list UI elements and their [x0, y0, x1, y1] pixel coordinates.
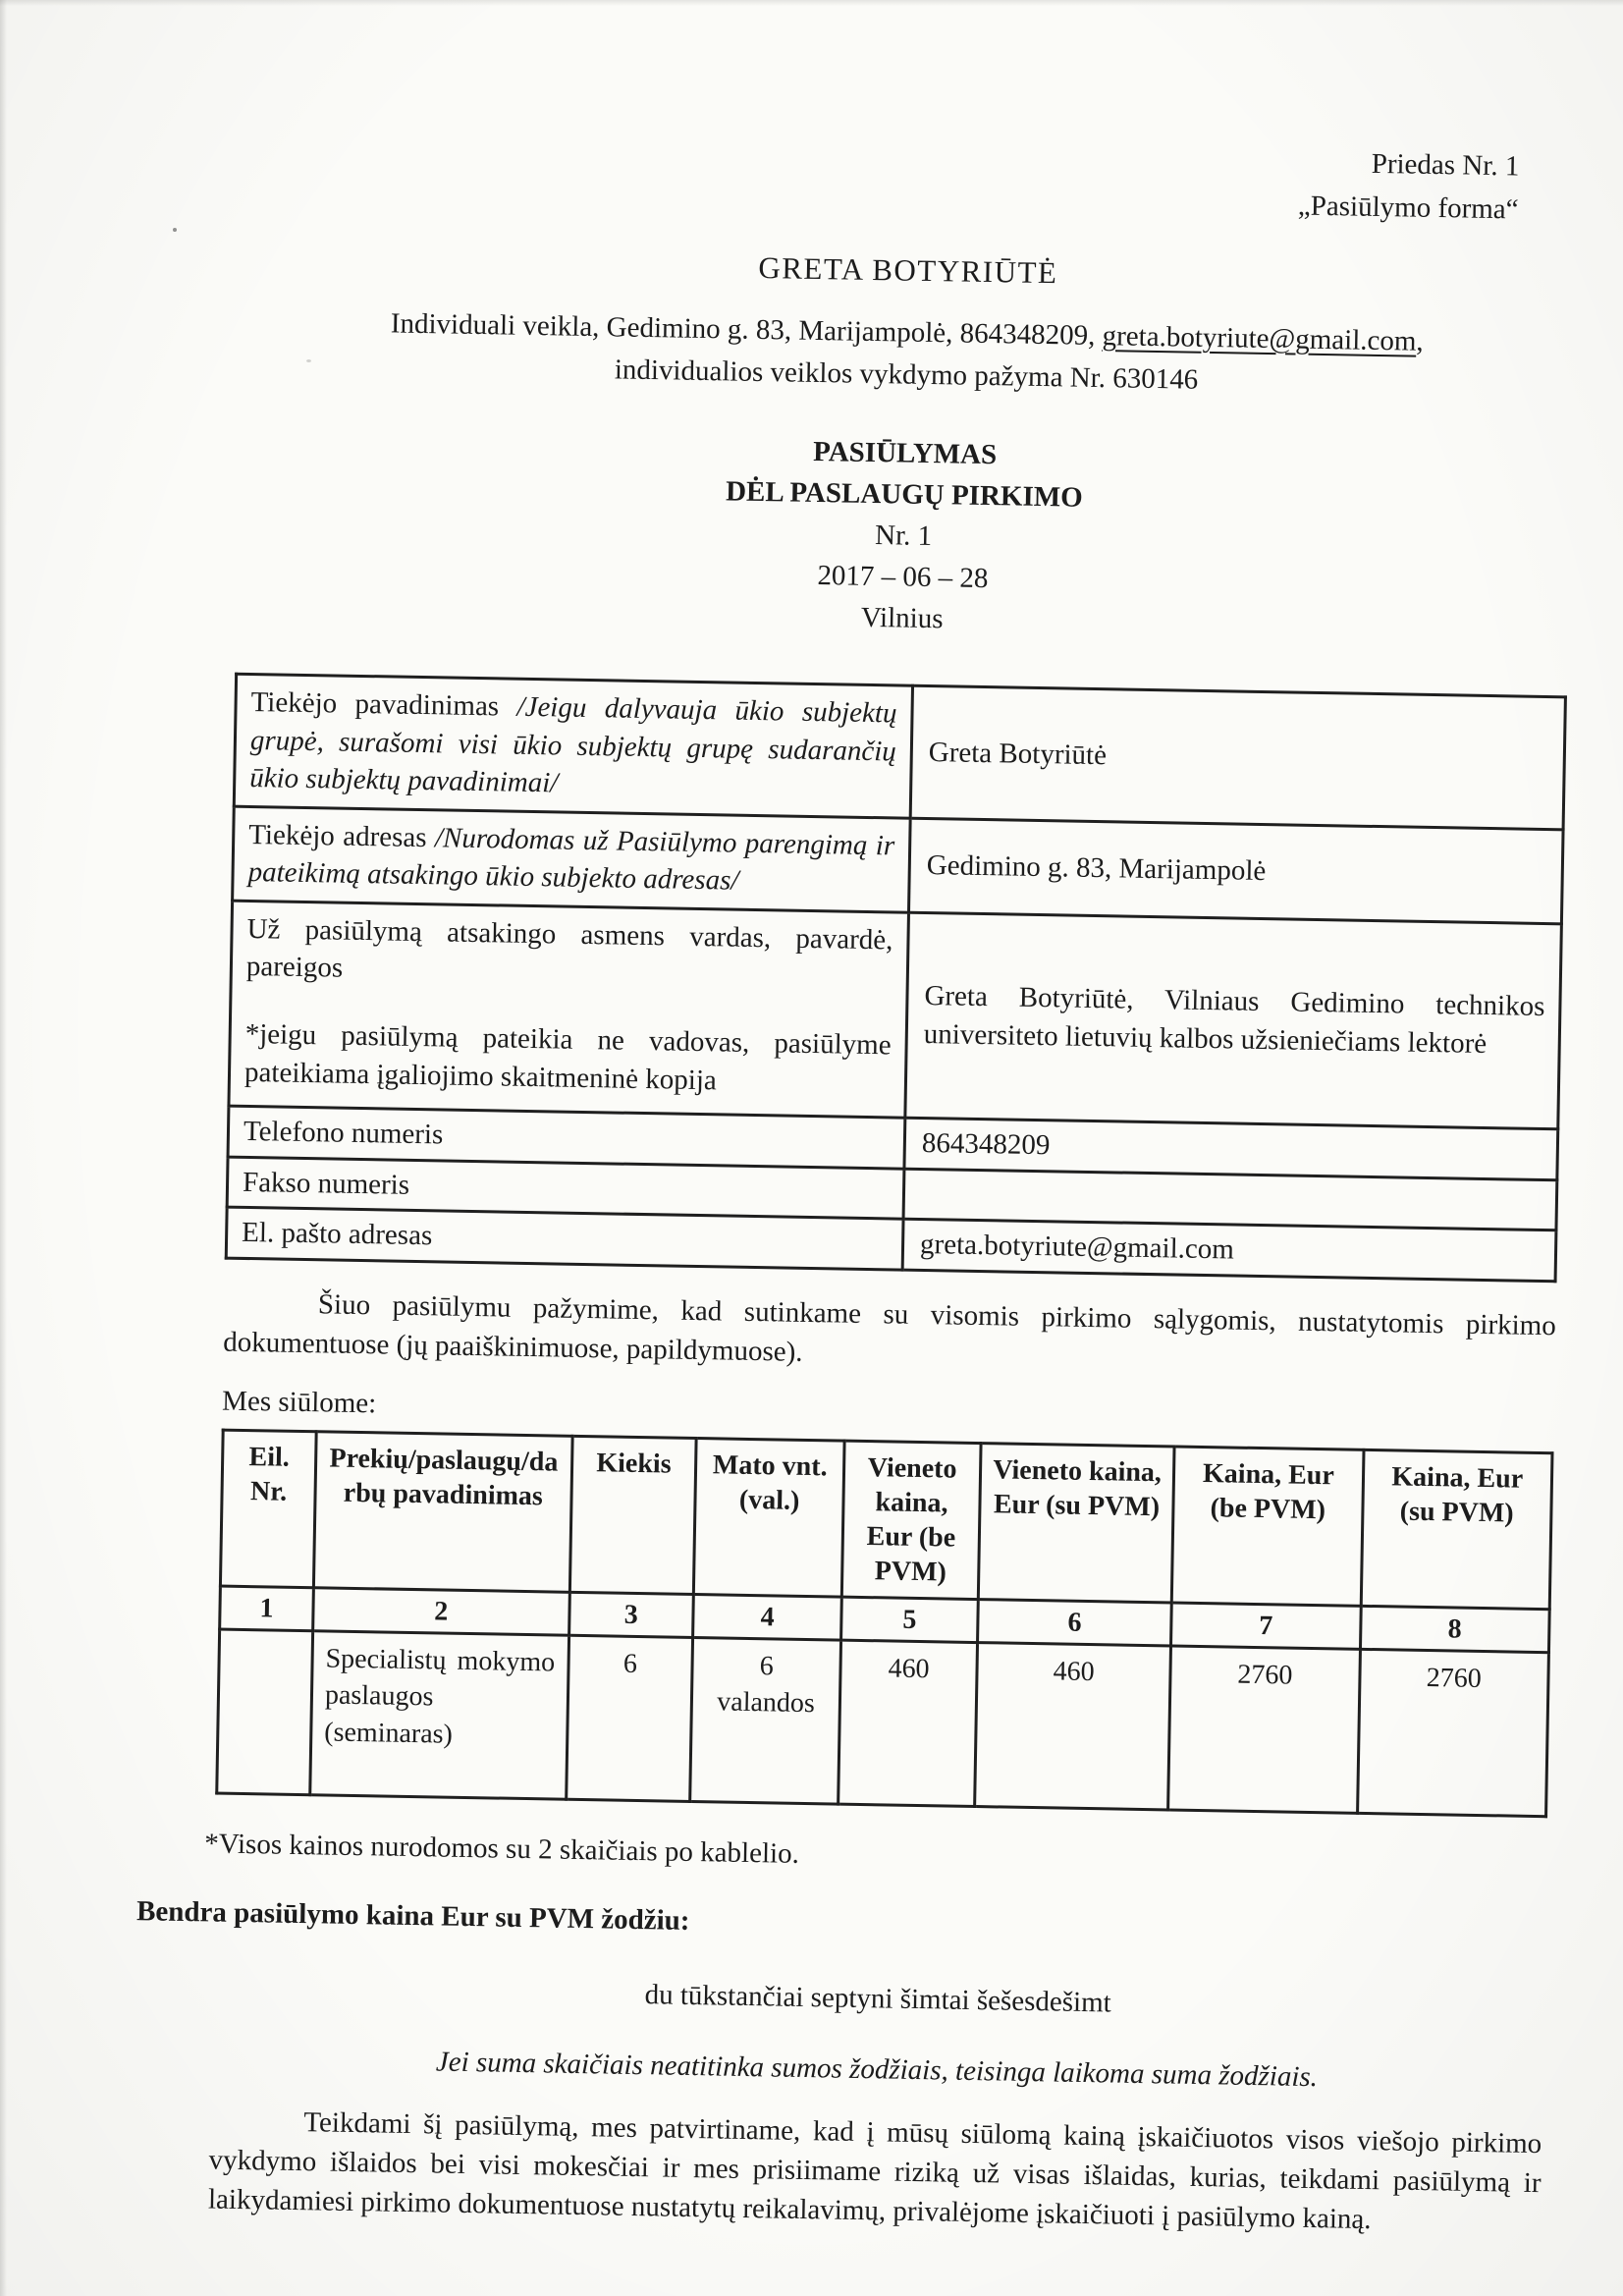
- offer-table-data-row: Specialistų mokymo paslaugos (seminaras)…: [217, 1629, 1549, 1816]
- cell-kaina-su-pvm: 2760: [1357, 1649, 1548, 1816]
- col-number: 5: [841, 1597, 979, 1643]
- supplier-name-value: Greta Botyriūtė: [910, 685, 1565, 829]
- total-price-in-words: du tūkstančiai septyni šimtai šešesdešim…: [211, 1967, 1543, 2030]
- col-header-kaina-be-pvm: Kaina, Eur (be PVM): [1171, 1447, 1363, 1606]
- scan-speck: [173, 228, 177, 232]
- col-number: 7: [1171, 1603, 1361, 1650]
- closing-paragraph: Teikdami šį pasiūlymą, mes patvirtiname,…: [208, 2101, 1542, 2242]
- annex-header: Priedas Nr. 1 „Pasiūlymo forma“: [243, 124, 1576, 233]
- supplier-name-label: Tiekėjo pavadinimas /Jeigu dalyvauja ūki…: [234, 674, 912, 818]
- offer-pricing-table: Eil. Nr. Prekių/paslaugų/darbų pavadinim…: [215, 1428, 1553, 1818]
- responsible-person-label: Už pasiūlymą atsakingo asmens vardas, pa…: [229, 901, 909, 1118]
- col-header-kiekis: Kiekis: [569, 1436, 696, 1594]
- col-number: 1: [220, 1586, 314, 1631]
- cell-mato-vnt: 6 valandos: [690, 1638, 841, 1804]
- cell-vieneto-kaina-be-pvm: 460: [839, 1640, 978, 1806]
- col-number: 2: [313, 1588, 569, 1636]
- prices-footnote: *Visos kainos nurodomos su 2 skaičiais p…: [204, 1824, 1546, 1886]
- document-content: Priedas Nr. 1 „Pasiūlymo forma“ GRETA BO…: [0, 0, 1623, 2282]
- label-text: Už pasiūlymą atsakingo asmens vardas, pa…: [246, 910, 893, 998]
- col-number: 4: [693, 1594, 842, 1640]
- org-name: GRETA BOTYRIŪTĖ: [242, 239, 1575, 303]
- col-header-kaina-su-pvm: Kaina, Eur (su PVM): [1361, 1449, 1552, 1609]
- scan-edge-shade-left: [0, 0, 7, 2296]
- scanned-document-page: Priedas Nr. 1 „Pasiūlymo forma“ GRETA BO…: [0, 0, 1623, 2296]
- scan-edge-shade-top: [0, 0, 1623, 6]
- label-text: Tiekėjo pavadinimas: [250, 686, 516, 723]
- col-number: 3: [568, 1592, 693, 1637]
- col-number: 6: [977, 1599, 1171, 1646]
- document-title-block: PASIŪLYMAS DĖL PASLAUGŲ PIRKIMO Nr. 1 20…: [236, 420, 1571, 650]
- col-header-eil-nr: Eil. Nr.: [220, 1430, 316, 1588]
- cell-pavadinimas: Specialistų mokymo paslaugos (seminaras): [310, 1631, 568, 1799]
- email-label: El. pašto adresas: [226, 1207, 903, 1270]
- email-value: greta.botyriute@gmail.com: [902, 1219, 1556, 1281]
- col-number: 8: [1360, 1606, 1549, 1653]
- responsible-person-value: Greta Botyriūtė, Vilniaus Gedimino techn…: [905, 912, 1562, 1129]
- supplier-info-table: Tiekėjo pavadinimas /Jeigu dalyvauja ūki…: [225, 673, 1567, 1283]
- col-header-mato-vnt: Mato vnt. (val.): [694, 1438, 845, 1597]
- scan-speck: [306, 359, 311, 362]
- agreement-paragraph: Šiuo pasiūlymu pažymime, kad sutinkame s…: [223, 1283, 1556, 1385]
- col-header-pavadinimas: Prekių/paslaugų/darbų pavadinimas: [313, 1432, 571, 1593]
- supplier-address-value: Gedimino g. 83, Marijampolė: [908, 818, 1563, 924]
- org-email: greta.botyriute@gmail.com: [1102, 320, 1416, 357]
- label-note-text: *jeigu pasiūlymą pateikia ne vadovas, pa…: [244, 1015, 892, 1103]
- org-details-post: ,: [1416, 325, 1424, 356]
- label-text: Tiekėjo adresas: [248, 819, 435, 853]
- cell-kaina-be-pvm: 2760: [1168, 1646, 1360, 1813]
- cell-eil-nr: [217, 1629, 313, 1794]
- table-row: Už pasiūlymą atsakingo asmens vardas, pa…: [229, 901, 1561, 1129]
- col-header-vieneto-kaina-be-pvm: Vieneto kaina, Eur (be PVM): [841, 1441, 981, 1599]
- col-header-vieneto-kaina-su-pvm: Vieneto kaina, Eur (su PVM): [978, 1443, 1174, 1602]
- cell-vieneto-kaina-su-pvm: 460: [975, 1643, 1171, 1810]
- cell-kiekis: 6: [566, 1635, 693, 1801]
- total-price-label: Bendra pasiūlymo kaina Eur su PVM žodžiu…: [136, 1891, 1545, 1955]
- org-details: Individuali veikla, Gedimino g. 83, Mari…: [240, 301, 1573, 410]
- offer-table-header-row: Eil. Nr. Prekių/paslaugų/darbų pavadinim…: [220, 1430, 1552, 1610]
- supplier-address-label: Tiekėjo adresas /Nurodomas už Pasiūlymo …: [233, 806, 911, 912]
- org-details-pre: Individuali veikla, Gedimino g. 83, Mari…: [391, 307, 1103, 352]
- sum-mismatch-note: Jei suma skaičiais neatitinka sumos žodž…: [210, 2038, 1542, 2101]
- table-row: Tiekėjo pavadinimas /Jeigu dalyvauja ūki…: [234, 674, 1565, 829]
